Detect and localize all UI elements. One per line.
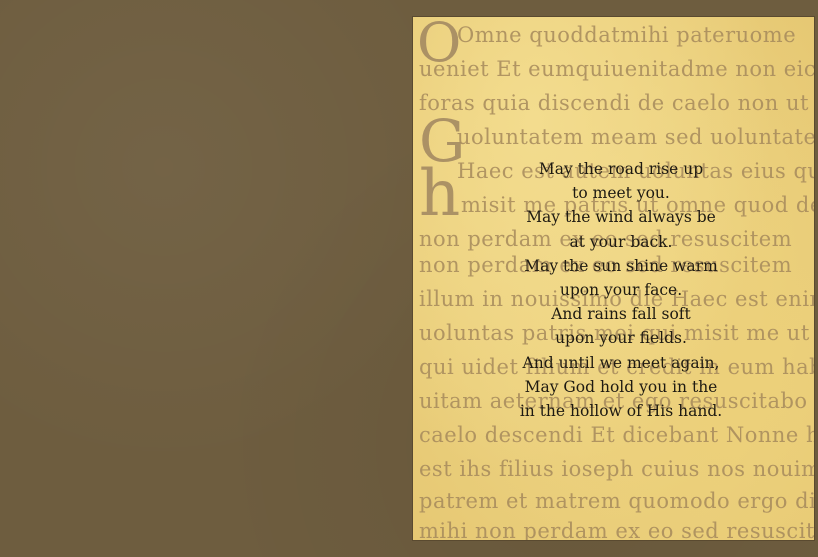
manuscript-line: uoluntatem meam sed uoluntatem eius qui [457, 125, 814, 149]
manuscript-line: patrem et matrem quomodo ergo dicit [419, 489, 814, 513]
poem-line: in the hollow of His hand. [471, 399, 771, 423]
manuscript-line: est ihs filius ioseph cuius nos nouimus [419, 457, 814, 481]
poem-line: May God hold you in the [471, 375, 771, 399]
parchment-panel: O G h Omne quoddatmihi pateruome ueniet … [413, 17, 814, 540]
manuscript-line: caelo descendi Et dicebant Nonne hic [419, 423, 814, 447]
poem-line: And until we meet again, [471, 351, 771, 375]
poem-line: to meet you. [471, 181, 771, 205]
poem-line: And rains fall soft [471, 302, 771, 326]
manuscript-line: mihi non perdam ex eo sed resuscitem [419, 519, 814, 540]
poem-line: May the road rise up [471, 157, 771, 181]
manuscript-line: foras quia discendi de caelo non ut faci… [419, 91, 814, 115]
poem-line: at your back. [471, 230, 771, 254]
poem-line: May the sun shine warm [471, 254, 771, 278]
poem-line: May the wind always be [471, 205, 771, 229]
irish-blessing-poem: May the road rise up to meet you. May th… [471, 157, 771, 423]
poem-line: upon your fields. [471, 326, 771, 350]
manuscript-line: Omne quoddatmihi pateruome [457, 23, 796, 47]
illuminated-initial-h: h [419, 157, 460, 231]
poem-line: upon your face. [471, 278, 771, 302]
manuscript-line: ueniet Et eumquiuenitadme non eiciam [419, 57, 814, 81]
